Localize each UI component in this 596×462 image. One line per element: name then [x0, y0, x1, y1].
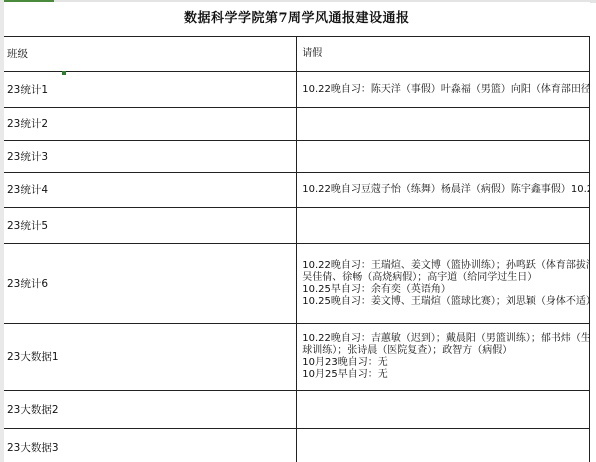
leave-line: 球训练）；张诗晨（医院复查）；政智方（病假） [302, 345, 584, 357]
header-class[interactable]: 班级 [4, 37, 297, 72]
leave-cell[interactable] [297, 108, 590, 141]
class-cell[interactable]: 23大数据3 [4, 429, 297, 462]
table-row: 23统计410.22晚自习豆蔻子怡（练舞）杨晨洋（病假）陈宇鑫事假）10.25晚… [4, 173, 590, 208]
table-row: 23大数据110.22晚自习：吉蕙敏（迟到）；戴晨阳（男篮训练）；郁书炜（生日活… [4, 324, 590, 391]
leave-line: 10.22晚自习：吉蕙敏（迟到）；戴晨阳（男篮训练）；郁书炜（生日活动）；陈仕俊… [302, 333, 584, 345]
class-cell[interactable]: 23统计6 [4, 244, 297, 324]
header-leave[interactable]: 请假 [297, 37, 590, 72]
report-title[interactable]: 数据科学学院第7周学风通报建设通报 [4, 2, 590, 37]
table-row: 23大数据3 [4, 429, 590, 462]
leave-line: 10.25晚自习：姜文博、王瑞煊（篮球比赛）；刘思颖（身体不适）；裴淞翔（篮球院… [302, 296, 584, 308]
leave-cell[interactable]: 10.22晚自习：陈天洋（事假）叶淼福（男篮）向阳（体育部田径） [297, 72, 590, 108]
table-row: 23统计110.22晚自习：陈天洋（事假）叶淼福（男篮）向阳（体育部田径） [4, 72, 590, 108]
leave-line: 吴佳倩、徐畅（高烧病假）；高宇道（给同学过生日） [302, 272, 584, 284]
leave-cell[interactable]: 10.22晚自习：王瑞煊、姜文博（篮协训练）；孙鸣跃（体育部拔河选拔工作人员）；… [297, 244, 590, 324]
leave-cell[interactable]: 10.22晚自习：吉蕙敏（迟到）；戴晨阳（男篮训练）；郁书炜（生日活动）；陈仕俊… [297, 324, 590, 391]
class-cell[interactable]: 23大数据2 [4, 391, 297, 429]
leave-cell[interactable] [297, 141, 590, 173]
leave-line: 10.22晚自习豆蔻子怡（练舞）杨晨洋（病假）陈宇鑫事假）10.25晚自习倪佳青… [302, 184, 584, 196]
spreadsheet: 数据科学学院第7周学风通报建设通报 班级 请假 23统计110.22晚自习：陈天… [4, 2, 590, 460]
leave-cell[interactable] [297, 208, 590, 244]
leave-line: 10月25早自习：无 [302, 369, 584, 381]
table-row: 23统计610.22晚自习：王瑞煊、姜文博（篮协训练）；孙鸣跃（体育部拔河选拔工… [4, 244, 590, 324]
table-row: 23统计2 [4, 108, 590, 141]
leave-line: 10.25早自习：余有奕（英语角） [302, 284, 584, 296]
class-cell[interactable]: 23统计1 [4, 72, 297, 108]
class-cell[interactable]: 23统计2 [4, 108, 297, 141]
table-row: 23统计3 [4, 141, 590, 173]
class-cell[interactable]: 23统计4 [4, 173, 297, 208]
leave-line: 10月23晚自习：无 [302, 357, 584, 369]
table-row: 23大数据2 [4, 391, 590, 429]
leave-line: 10.22晚自习：陈天洋（事假）叶淼福（男篮）向阳（体育部田径） [302, 84, 584, 96]
leave-cell[interactable] [297, 391, 590, 429]
class-cell[interactable]: 23统计3 [4, 141, 297, 173]
table-row: 23统计5 [4, 208, 590, 244]
leave-line: 10.22晚自习：王瑞煊、姜文博（篮协训练）；孙鸣跃（体育部拔河选拔工作人员）；… [302, 260, 584, 272]
leave-cell[interactable] [297, 429, 590, 462]
leave-report-table: 数据科学学院第7周学风通报建设通报 班级 请假 23统计110.22晚自习：陈天… [4, 2, 590, 462]
class-cell[interactable]: 23大数据1 [4, 324, 297, 391]
leave-cell[interactable]: 10.22晚自习豆蔻子怡（练舞）杨晨洋（病假）陈宇鑫事假）10.25晚自习倪佳青… [297, 173, 590, 208]
class-cell[interactable]: 23统计5 [4, 208, 297, 244]
fill-handle[interactable] [62, 71, 66, 75]
